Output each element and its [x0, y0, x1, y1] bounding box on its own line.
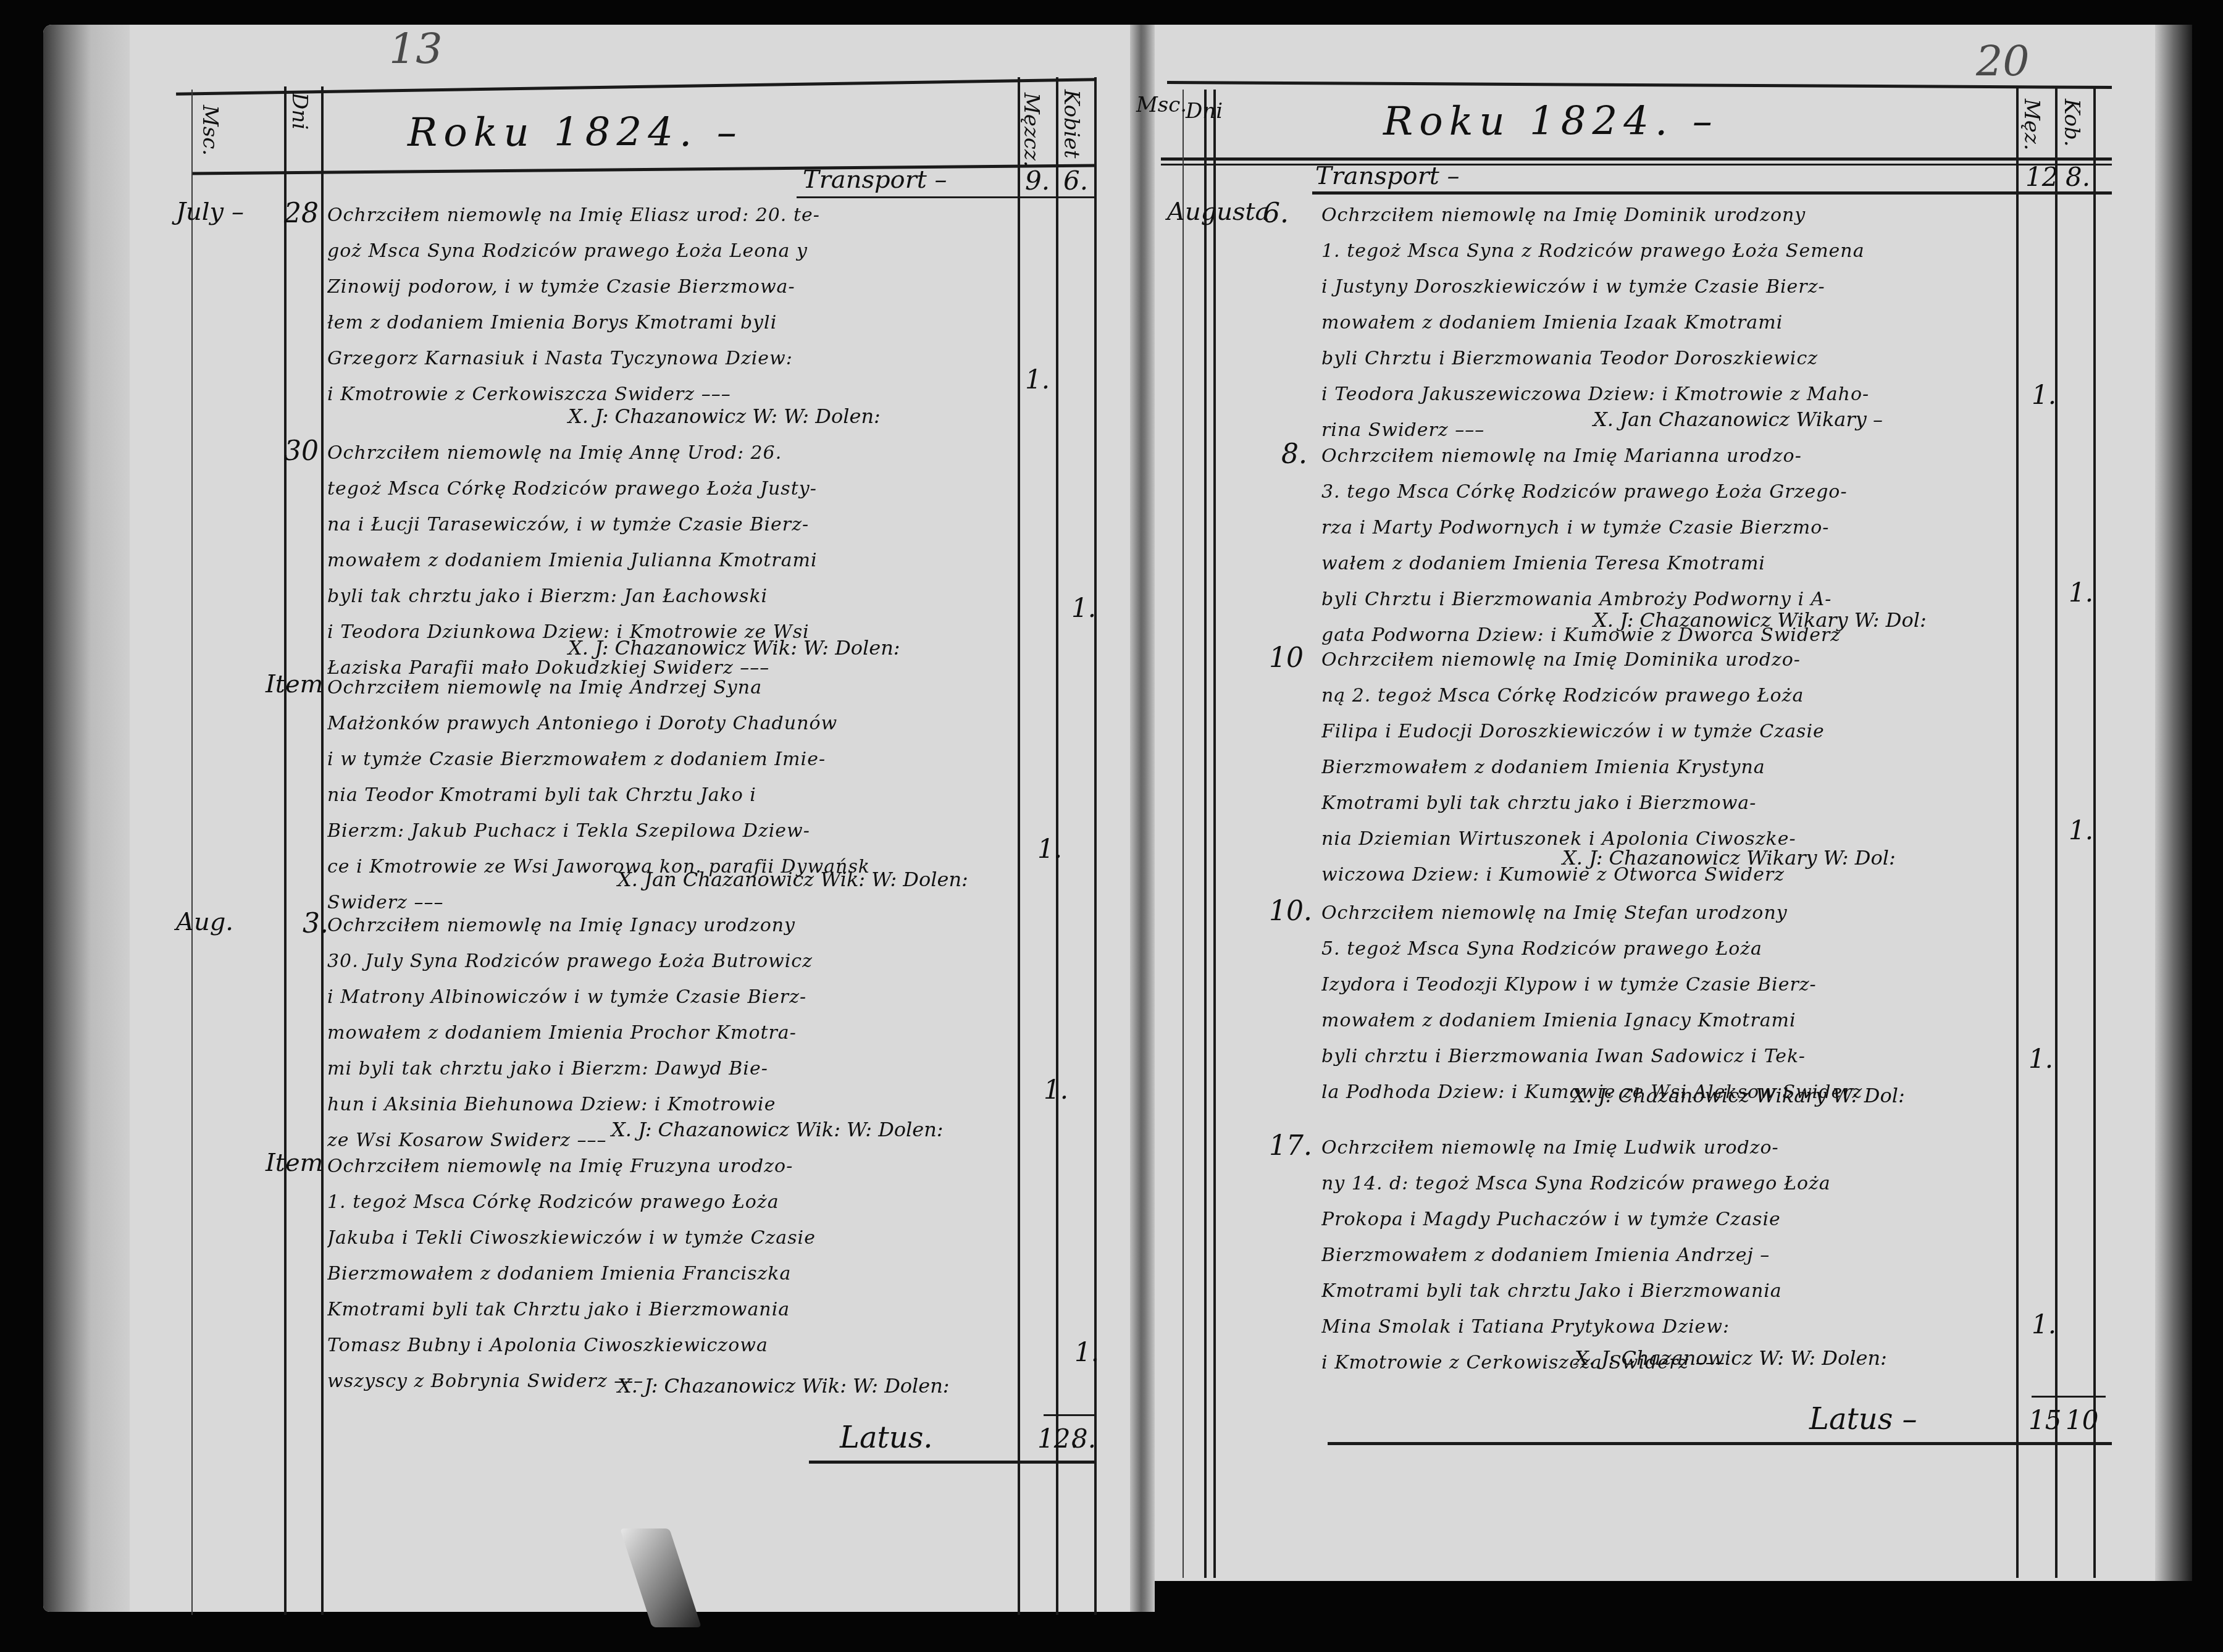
header-bottom-rule-double: [1161, 164, 2112, 166]
entry-day: 6.: [1263, 198, 1289, 229]
entry-text: Ochrzciłem niemowlę na Imię Eliasz urod:…: [327, 198, 1013, 413]
summa-bottom-rule: [809, 1461, 1096, 1464]
column-header-female: Kob.: [2059, 99, 2084, 147]
entry-female-tally: 1.: [2069, 577, 2093, 608]
entry-text: Ochrzciłem niemowlę na Imię Stefan urodz…: [1321, 895, 2013, 1110]
page-number: 20: [1976, 37, 2030, 86]
column-header-female: Kobiet: [1059, 90, 1084, 158]
day-column-rule: [1204, 90, 1207, 1578]
latus-male: 15: [2028, 1405, 2061, 1435]
entry-day: 10.: [1269, 895, 1312, 927]
male-column-rule: [2016, 86, 2019, 1578]
entry-day: 28: [284, 198, 319, 229]
entry-day: 8.: [1281, 438, 1307, 470]
year-heading: Roku 1824. –: [1383, 99, 1719, 145]
female-column-rule: [2055, 86, 2058, 1578]
summa-top-rule: [1044, 1414, 1096, 1416]
entry-month: Item: [266, 670, 323, 698]
book-gutter: [1130, 25, 1155, 1612]
transport-rule: [1312, 191, 2112, 195]
entry-day: 30: [284, 435, 319, 467]
entry-signature: X. Jan Chazanowicz Wikary –: [1593, 408, 1883, 431]
column-header-month: Msc.: [198, 105, 222, 156]
entry-male-tally: 1.: [1025, 364, 1050, 395]
entry-day: 17.: [1269, 1130, 1312, 1162]
entry-female-tally: 1.: [2069, 815, 2093, 845]
latus-female: 10: [2066, 1405, 2098, 1435]
entry-female-tally: 1.: [1071, 593, 1096, 623]
transport-label: Transport –: [803, 166, 947, 194]
entry-male-tally: 1.: [2032, 380, 2056, 410]
male-column-rule: [1018, 77, 1020, 1615]
right-page-edge-stack: [2155, 25, 2192, 1581]
latus-label: Latus –: [1809, 1402, 1917, 1436]
entry-month: Aug.: [176, 908, 233, 936]
entry-signature: X. J: Chazanowicz Wikary W: Dol:: [1593, 608, 1927, 632]
entry-month: Item: [266, 1149, 323, 1177]
entry-signature: X. J: Chazanowicz W: W: Dolen:: [568, 405, 881, 428]
month-column-rule: [1183, 90, 1184, 1578]
body-column-rule: [321, 86, 324, 1615]
entry-month: July –: [176, 198, 244, 226]
summa-bottom-rule: [1328, 1442, 2112, 1445]
latus-label: Latus.: [840, 1420, 933, 1455]
day-column-rule: [284, 86, 287, 1615]
entry-male-tally: 1.: [2028, 1044, 2053, 1074]
tally-outer-rule: [2093, 86, 2096, 1578]
transport-male: 9.: [1025, 166, 1050, 196]
entry-day: 3.: [303, 908, 329, 939]
entry-text: Ochrzciłem niemowlę na Imię Ludwik urodz…: [1321, 1130, 2013, 1381]
year-heading: Roku 1824. –: [408, 110, 743, 156]
header-bottom-rule: [1161, 157, 2112, 161]
entry-signature: X. J: Chazanowicz Wikary W: Dol:: [1572, 1084, 1905, 1107]
left-page-edge-stack: [43, 25, 130, 1612]
tally-outer-rule: [1094, 77, 1097, 1615]
body-column-rule: [1213, 90, 1216, 1578]
transport-female: 6.: [1063, 166, 1088, 196]
entry-male-tally: 1.: [1037, 834, 1062, 864]
transport-male: 12: [2025, 162, 2058, 192]
page-number: 13: [389, 25, 443, 73]
month-column-rule: [191, 90, 193, 1615]
entry-male-tally: 1.: [1044, 1075, 1068, 1105]
entry-signature: X. J: Chazanowicz Wik: W: Dolen:: [611, 1118, 944, 1141]
transport-female: 8.: [2066, 162, 2090, 192]
entry-signature: X. J: Chazanowicz Wik: W: Dolen:: [617, 1374, 950, 1398]
entry-signature: X. J: Chazanowicz W: W: Dolen:: [1575, 1346, 1887, 1370]
column-header-male: Męz.: [2019, 99, 2044, 151]
transport-label: Transport –: [1315, 162, 1460, 190]
entry-female-tally: 1.: [1074, 1337, 1099, 1367]
column-header-day: Dni: [1186, 99, 1223, 124]
column-header-male: Męzcz.: [1019, 93, 1044, 167]
column-header-day: Dni: [287, 93, 312, 130]
entry-text: Ochrzciłem niemowlę na Imię Fruzyna urod…: [327, 1149, 1013, 1399]
column-header-month: Msc.: [1136, 93, 1187, 117]
entry-male-tally: 1.: [2032, 1309, 2056, 1340]
entry-signature: X. Jan Chazanowicz Wik: W: Dolen:: [617, 868, 968, 891]
latus-female: 8.: [1071, 1423, 1096, 1454]
entry-signature: X. J: Chazanowicz Wikary W: Dol:: [1562, 846, 1896, 870]
entry-month: Augusta: [1167, 198, 1270, 226]
entry-signature: X. J: Chazanowicz Wik: W: Dolen:: [568, 636, 900, 660]
entry-day: 10: [1269, 642, 1304, 674]
